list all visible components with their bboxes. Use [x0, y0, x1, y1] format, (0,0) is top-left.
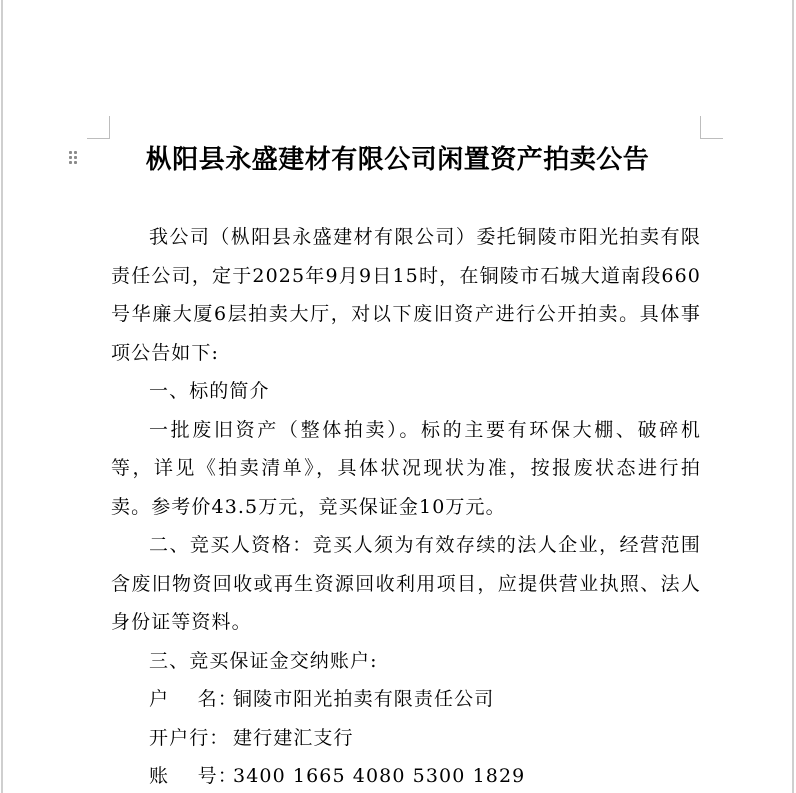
- account-number-label: 账 号：: [149, 757, 233, 793]
- account-bank-label: 开户行：: [149, 719, 233, 758]
- account-name-value: 铜陵市阳光拍卖有限责任公司: [233, 680, 494, 719]
- account-name-row: 户 名： 铜陵市阳光拍卖有限责任公司: [111, 680, 701, 719]
- account-bank-value: 建行建汇支行: [233, 719, 354, 758]
- account-number-value: 3400 1665 4080 5300 1829: [233, 757, 525, 793]
- account-bank-row: 开户行： 建行建汇支行: [111, 719, 701, 758]
- section-heading-3: 三、竞买保证金交纳账户:: [111, 642, 701, 681]
- item-description-paragraph: 一批废旧资产（整体拍卖）。标的主要有环保大棚、破碎机等，详见《拍卖清单》，具体状…: [111, 411, 701, 527]
- intro-paragraph: 我公司（枞阳县永盛建材有限公司）委托铜陵市阳光拍卖有限责任公司，定于2025年9…: [111, 218, 701, 372]
- margin-corner-top-right: [700, 116, 723, 139]
- document-body: 我公司（枞阳县永盛建材有限公司）委托铜陵市阳光拍卖有限责任公司，定于2025年9…: [111, 218, 701, 793]
- account-name-label: 户 名：: [149, 680, 233, 719]
- section-heading-1: 一、标的简介: [111, 372, 701, 411]
- account-number-row: 账 号： 3400 1665 4080 5300 1829: [111, 757, 701, 793]
- document-title: 枞阳县永盛建材有限公司闲置资产拍卖公告: [3, 142, 792, 178]
- bidder-qualification-paragraph: 二、竞买人资格：竞买人须为有效存续的法人企业，经营范围含废旧物资回收或再生资源回…: [111, 526, 701, 642]
- document-page: 枞阳县永盛建材有限公司闲置资产拍卖公告 我公司（枞阳县永盛建材有限公司）委托铜陵…: [1, 0, 794, 793]
- margin-corner-top-left: [87, 116, 110, 139]
